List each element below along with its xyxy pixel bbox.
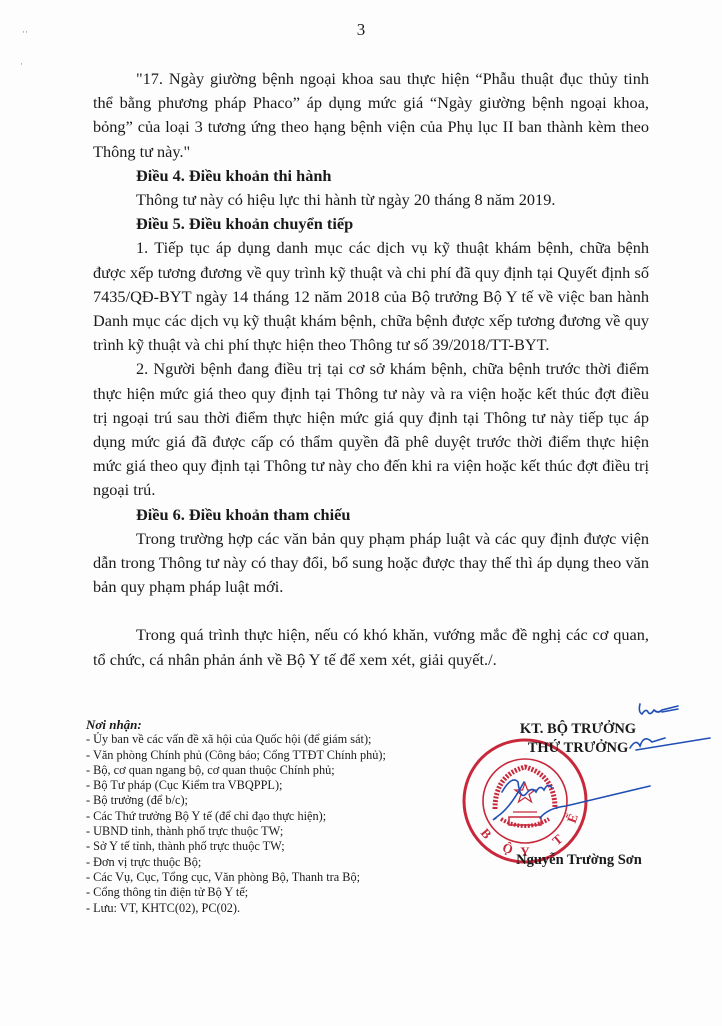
svg-text:T: T (549, 831, 566, 848)
signature-title-line2: THỨ TRƯỞNG (486, 739, 670, 758)
svg-text:B: B (478, 825, 495, 842)
recipient-item: - Bộ Tư pháp (Cục Kiểm tra VBQPPL); (86, 778, 466, 793)
page-number: 3 (0, 20, 722, 40)
recipients-title: Nơi nhận: (86, 717, 466, 732)
recipient-items: - Ủy ban về các vấn đề xã hội của Quốc h… (86, 732, 466, 916)
scan-speck: · (20, 60, 23, 69)
body-paragraph: Trong quá trình thực hiện, nếu có khó kh… (93, 623, 649, 671)
recipient-item: - Các Vụ, Cục, Tổng cục, Văn phòng Bộ, T… (86, 870, 466, 885)
body-paragraph: Trong trường hợp các văn bản quy phạm ph… (93, 527, 649, 600)
body-paragraph: "17. Ngày giường bệnh ngoại khoa sau thự… (93, 67, 649, 164)
signer-name: Nguyễn Trường Sơn (484, 852, 674, 869)
recipient-item: - Các Thứ trưởng Bộ Y tế (để chỉ đạo thự… (86, 809, 466, 824)
svg-text:Ế: Ế (564, 812, 581, 825)
signature-block: KT. BỘ TRƯỞNG THỨ TRƯỞNG (486, 720, 670, 758)
body-paragraph: 1. Tiếp tục áp dụng danh mục các dịch vụ… (93, 236, 649, 357)
recipient-item: - Ủy ban về các vấn đề xã hội của Quốc h… (86, 732, 466, 747)
recipient-item: - UBND tỉnh, thành phố trực thuộc TW; (86, 824, 466, 839)
recipients-list: Nơi nhận: - Ủy ban về các vấn đề xã hội … (86, 717, 466, 916)
recipient-item: - Bộ trưởng (để b/c); (86, 793, 466, 808)
article-heading: Điều 5. Điều khoản chuyển tiếp (93, 212, 649, 236)
recipient-item: - Lưu: VT, KHTC(02), PC(02). (86, 901, 466, 916)
recipient-item: - Sở Y tế tỉnh, thành phố trực thuộc TW; (86, 839, 466, 854)
recipient-item: - Cổng thông tin điện tử Bộ Y tế; (86, 885, 466, 900)
recipient-item: - Đơn vị trực thuộc Bộ; (86, 855, 466, 870)
body-paragraph: Thông tư này có hiệu lực thi hành từ ngà… (93, 188, 649, 212)
recipient-item: - Bộ, cơ quan ngang bộ, cơ quan thuộc Ch… (86, 763, 466, 778)
document-body: "17. Ngày giường bệnh ngoại khoa sau thự… (93, 67, 649, 672)
body-paragraph: 2. Người bệnh đang điều trị tại cơ sở kh… (93, 357, 649, 502)
article-heading: Điều 6. Điều khoản tham chiếu (93, 503, 649, 527)
recipient-item: - Văn phòng Chính phủ (Công báo; Cổng TT… (86, 748, 466, 763)
signature-title-line1: KT. BỘ TRƯỞNG (486, 720, 670, 739)
article-heading: Điều 4. Điều khoản thi hành (93, 164, 649, 188)
